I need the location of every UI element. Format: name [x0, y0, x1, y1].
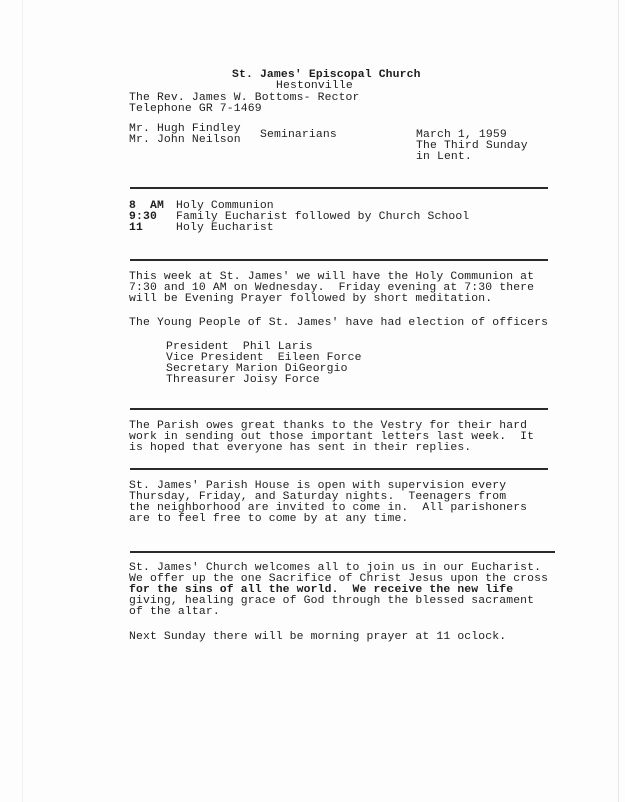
- page-edge: [22, 0, 23, 802]
- town-name: Hestonville: [276, 81, 353, 93]
- welcome-line: of the altar.: [129, 607, 220, 619]
- officer-entry: Threasurer Joisy Force: [166, 375, 320, 387]
- section-divider: [130, 259, 548, 261]
- announcement-line: will be Evening Prayer followed by short…: [129, 294, 492, 306]
- bulletin-page: St. James' Episcopal Church Hestonville …: [0, 0, 625, 802]
- section-divider: [130, 187, 548, 189]
- seminarian-name: Mr. John Neilson: [129, 135, 241, 147]
- section-divider: [130, 551, 555, 553]
- service-description: Holy Eucharist: [176, 223, 274, 235]
- telephone-line: Telephone GR 7-1469: [129, 104, 262, 116]
- next-sunday-line: Next Sunday there will be morning prayer…: [129, 632, 506, 644]
- parish-house-line: are to feel free to come by at any time.: [129, 514, 408, 526]
- service-time: 11: [129, 223, 143, 235]
- vestry-line: is hoped that everyone has sent in their…: [129, 443, 471, 455]
- section-divider: [130, 408, 548, 410]
- young-people-line: The Young People of St. James' have had …: [129, 318, 548, 330]
- seminarians-label: Seminarians: [260, 130, 337, 142]
- section-divider: [130, 468, 548, 470]
- date-line: in Lent.: [416, 152, 472, 164]
- page-edge: [618, 0, 619, 802]
